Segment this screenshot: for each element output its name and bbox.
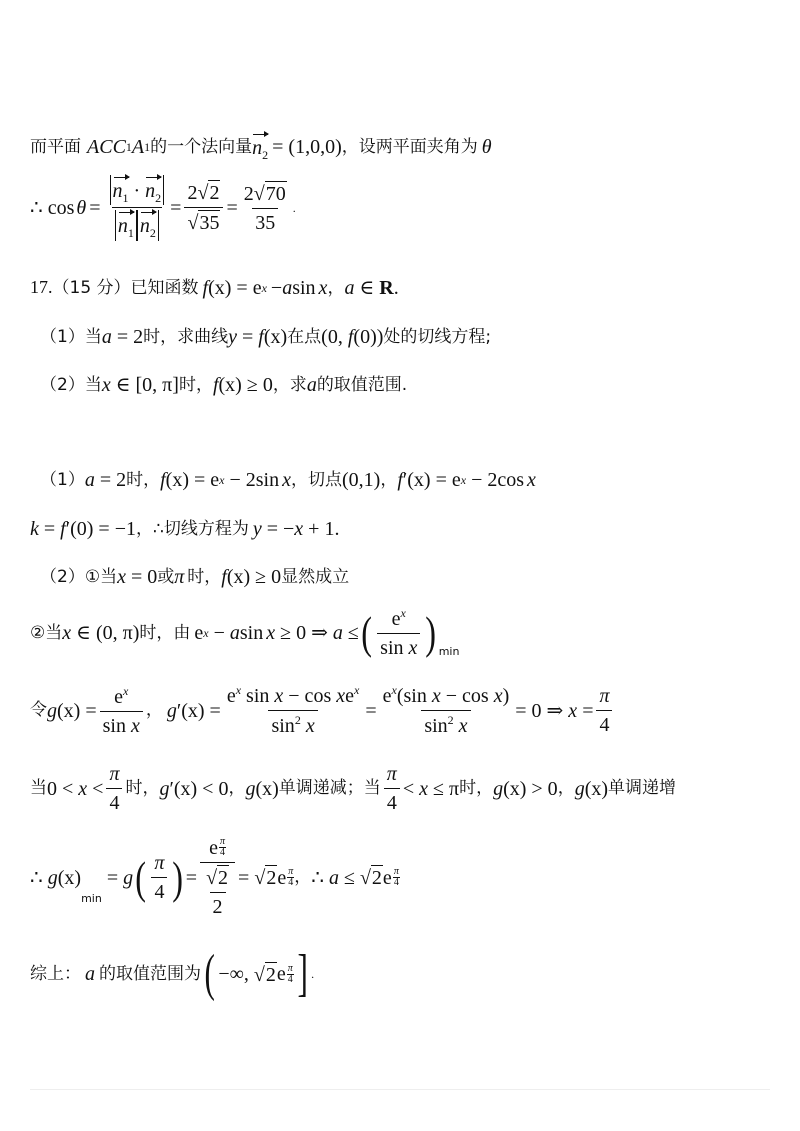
- math-expr: (0,1): [342, 468, 380, 492]
- math-expr: 35: [198, 210, 220, 235]
- question-17-part-1: （1） 当 a = 2 时，求曲线 y = f (x) 在点 (0, f (0)…: [40, 325, 491, 349]
- math-var: a: [333, 621, 343, 645]
- text: 时，: [187, 567, 221, 587]
- fraction-g: ex sin x: [100, 684, 143, 738]
- math-var: g: [47, 699, 57, 723]
- right-bracket: ]: [297, 948, 307, 1000]
- math-expr: e: [209, 837, 218, 859]
- math-var: k: [30, 517, 39, 541]
- math-expr: = −: [262, 517, 295, 541]
- math-expr: 2: [210, 892, 226, 919]
- question-17-part-2: （2） 当 x ∈ [0, π] 时， f (x) ≥ 0 ，求 a 的取值范围…: [40, 373, 407, 397]
- text: ，: [558, 778, 575, 798]
- text: 显然成立: [281, 567, 349, 587]
- math-expr: ∈: [354, 276, 379, 300]
- right-paren: ): [173, 855, 184, 901]
- subscript: 2: [262, 148, 268, 162]
- math-var: x: [102, 373, 111, 397]
- math-expr: 4: [596, 710, 612, 737]
- solution-conclusion: 综上： a 的取值范围为 ( −∞, √2 eπ4 ] .: [30, 948, 314, 1000]
- math-expr: 4: [287, 877, 294, 888]
- math-expr: 2: [265, 962, 277, 987]
- math-expr: =: [89, 196, 100, 220]
- subscript-min: min: [81, 892, 102, 905]
- math-expr: ∴: [30, 866, 48, 890]
- math-expr: e: [392, 608, 401, 630]
- text: 时，由: [139, 623, 190, 643]
- fraction-pi-4: π 4: [384, 762, 400, 815]
- math-var: π: [151, 851, 167, 877]
- text: ，: [146, 700, 163, 720]
- math-var: π: [384, 762, 400, 788]
- math-var: x: [527, 468, 536, 492]
- math-var: g: [245, 777, 255, 801]
- math-expr: 4: [384, 788, 400, 815]
- math-var: π: [106, 762, 122, 788]
- math-expr: (sin: [397, 685, 432, 707]
- superscript: x: [354, 683, 359, 697]
- text: ∴切线方程为: [153, 519, 249, 539]
- math-expr: =: [186, 866, 197, 890]
- text: 当: [30, 778, 47, 798]
- math-expr: e: [345, 685, 354, 707]
- superscript: 2: [295, 713, 301, 727]
- math-var: x: [306, 715, 315, 737]
- math-expr: e: [114, 686, 123, 708]
- math-expr: − cos: [441, 685, 494, 707]
- math-expr: −∞,: [218, 962, 254, 986]
- math-var: n: [118, 215, 128, 237]
- math-expr: e: [277, 962, 286, 986]
- text: 单调递增: [608, 778, 676, 798]
- math-expr: −: [271, 276, 282, 300]
- solution-part-2-case-2: ②当 x ∈ (0, π) 时，由 ex − a sin x ≥ 0 ⇒ a ≤…: [30, 606, 459, 660]
- math-expr: <: [87, 777, 103, 801]
- math-var: x: [459, 715, 468, 737]
- math-var: x: [294, 517, 303, 541]
- question-17-stem: 17. （15 分） 已知函数 f (x) = ex − a sin x ， a…: [30, 276, 399, 300]
- text: 时，: [459, 778, 493, 798]
- text: ，: [342, 137, 359, 157]
- math-expr: ′(0) = −1: [66, 517, 136, 541]
- math-var: x: [494, 685, 503, 707]
- math-expr: ≤ π: [428, 777, 459, 801]
- text: ，求: [273, 375, 307, 395]
- math-expr: 4: [287, 974, 294, 985]
- vector-n2: n2: [252, 132, 268, 162]
- math-expr: e: [277, 866, 286, 890]
- fraction-pi-4: π 4: [106, 762, 122, 815]
- subscript: 1: [123, 191, 129, 205]
- math-expr: =: [170, 196, 181, 220]
- normal-vector-line: 而平面 A C C1 A1 的一个法向量 n2 = (1,0,0) ， 设两平面…: [30, 132, 492, 162]
- text: 单调递减；当: [279, 778, 381, 798]
- math-expr: 2: [208, 180, 220, 205]
- math-var: π: [287, 964, 294, 974]
- subscript: 2: [155, 191, 161, 205]
- math-expr: 2: [217, 865, 229, 890]
- math-expr: .: [311, 967, 314, 981]
- text: 的取值范围.: [317, 375, 407, 395]
- part-label: （1）: [40, 327, 85, 347]
- math-var: g: [493, 777, 503, 801]
- fraction-pi-4: π 4: [151, 851, 167, 904]
- left-paren: (: [135, 855, 146, 901]
- math-var: y: [253, 517, 262, 541]
- fraction-2sqrt2-sqrt35: 2√2 √35: [184, 180, 223, 235]
- text: 时，: [126, 470, 160, 490]
- solution-g-min: ∴ g (x) min = g ( π 4 ) = eπ4 √22 = √2 e…: [30, 836, 400, 919]
- fraction-cos: n1 · n2 n1n2: [107, 175, 168, 241]
- math-expr: − 2sin: [224, 468, 279, 492]
- math-expr: e: [227, 685, 236, 707]
- question-number: 17.: [30, 277, 53, 299]
- math-expr: (x) ≥ 0: [219, 373, 273, 397]
- math-expr: ∈ [0, π]: [111, 373, 179, 397]
- math-var: x: [78, 777, 87, 801]
- math-var: x: [336, 685, 345, 707]
- math-expr: (x): [585, 777, 608, 801]
- text: ，: [228, 778, 245, 798]
- math-expr: = 0 ⇒: [515, 699, 568, 723]
- superscript: x: [123, 684, 128, 698]
- math-expr: (x) = e: [208, 276, 261, 300]
- math-expr: ≤: [339, 866, 360, 890]
- part-label: （2）: [40, 567, 85, 587]
- math-expr: ∴: [311, 866, 329, 890]
- text: ①当: [85, 567, 117, 587]
- math-var: a: [230, 621, 240, 645]
- math-var: x: [568, 699, 577, 723]
- text: ，: [327, 278, 344, 298]
- left-paren: (: [204, 948, 214, 1000]
- math-expr: sin: [241, 685, 274, 707]
- math-var: a: [307, 373, 317, 397]
- fraction-e-pi4-over-sqrt2-2: eπ4 √22: [200, 836, 235, 919]
- math-expr: 2: [371, 865, 383, 890]
- math-expr: (0,: [321, 325, 348, 349]
- math-expr: <: [403, 777, 419, 801]
- math-expr: 2: [244, 183, 254, 205]
- text: ②当: [30, 623, 62, 643]
- left-paren: (: [361, 610, 372, 656]
- math-expr: e: [383, 685, 392, 707]
- math-var: π: [393, 867, 400, 877]
- math-expr: =: [238, 866, 254, 890]
- math-var: g: [167, 699, 177, 723]
- math-var: g: [159, 777, 169, 801]
- text: 时，: [125, 778, 159, 798]
- math-var: g: [123, 866, 133, 890]
- math-expr: ≤: [343, 621, 359, 645]
- math-expr: e: [383, 866, 392, 890]
- text: 处的切线方程;: [383, 327, 491, 347]
- solution-monotonicity: 当 0 < x < π 4 时， g ′(x) < 0 ， g (x) 单调递减…: [30, 762, 676, 815]
- math-var: π: [596, 684, 612, 710]
- math-expr: sin: [240, 621, 263, 645]
- math-expr: ∴ cos: [30, 196, 74, 220]
- math-expr: = 2: [112, 325, 143, 349]
- math-expr: .: [394, 276, 399, 300]
- text: ，: [294, 867, 311, 887]
- math-expr: sin: [424, 715, 447, 737]
- math-expr: (x): [255, 777, 278, 801]
- math-expr: 2: [265, 865, 277, 890]
- subscript: 2: [150, 226, 156, 240]
- solution-part-1-line-2: k = f ′(0) = −1 ， ∴切线方程为 y = − x + 1.: [30, 517, 339, 541]
- question-points: （15 分）: [53, 278, 131, 298]
- math-var: x: [419, 777, 428, 801]
- math-expr: ∈ (0, π): [71, 621, 139, 645]
- math-expr: (x) = e: [166, 468, 219, 492]
- math-expr: ′(x) < 0: [169, 777, 228, 801]
- fraction-pi-4: π 4: [596, 684, 612, 737]
- math-var: a: [102, 325, 112, 349]
- fraction-2sqrt70-35: 2√70 35: [241, 181, 290, 235]
- math-expr: 4: [106, 788, 122, 815]
- math-var: R: [379, 276, 393, 300]
- math-var: x: [131, 715, 140, 737]
- text: ，切点: [291, 470, 342, 490]
- math-var: g: [48, 866, 58, 890]
- solution-define-g: 令 g (x) = ex sin x ， g ′(x) = ex sin x −…: [30, 683, 616, 738]
- math-var: a: [329, 866, 339, 890]
- math-var: x: [282, 468, 291, 492]
- math-var: a: [85, 468, 95, 492]
- math-expr: ·: [134, 180, 141, 202]
- superscript: 2: [448, 713, 454, 727]
- math-expr: sin: [292, 276, 315, 300]
- footer-divider: [30, 1089, 770, 1090]
- text: 时，: [179, 375, 213, 395]
- math-var: π: [287, 867, 294, 877]
- math-expr: − 2cos: [466, 468, 524, 492]
- math-expr: =: [102, 866, 123, 890]
- fraction-g-prime-2: ex(sin x − cos x) sin2 x: [380, 683, 513, 738]
- math-var: A: [87, 135, 99, 159]
- math-var: a: [85, 962, 95, 986]
- math-expr: =: [226, 196, 237, 220]
- text: 时，求曲线: [143, 327, 228, 347]
- math-expr: sin: [271, 715, 294, 737]
- subscript-min: min: [439, 645, 460, 658]
- math-expr: ): [503, 685, 510, 707]
- math-expr: =: [365, 699, 376, 723]
- math-expr: − cos: [283, 685, 336, 707]
- math-var: n: [113, 180, 123, 202]
- math-expr: 2: [187, 182, 197, 204]
- text: 而平面: [30, 137, 81, 157]
- part-label: （2）: [40, 375, 85, 395]
- math-expr: = 0: [126, 565, 157, 589]
- math-expr: −: [209, 621, 230, 645]
- math-expr: = 2: [95, 468, 126, 492]
- math-var: π: [174, 565, 184, 589]
- fraction-ex-sinx: ex sin x: [377, 606, 420, 660]
- math-expr: =: [577, 699, 593, 723]
- text: 已知函数: [131, 278, 199, 298]
- math-expr: 4: [219, 847, 226, 858]
- text: 在点: [287, 327, 321, 347]
- text: 或: [157, 567, 174, 587]
- math-expr: e: [194, 621, 203, 645]
- math-var: x: [319, 276, 328, 300]
- math-expr: sin: [103, 715, 126, 737]
- math-var: π: [219, 837, 226, 847]
- solution-part-2-case-1: （2） ①当 x = 0 或 π 时， f (x) ≥ 0 显然成立: [40, 565, 349, 589]
- math-expr: sin: [380, 637, 403, 659]
- math-var: n: [145, 180, 155, 202]
- text: 设两平面夹角为: [359, 137, 478, 157]
- math-expr: (0)): [353, 325, 383, 349]
- right-paren: ): [426, 610, 437, 656]
- text: 令: [30, 700, 47, 720]
- math-var: θ: [76, 196, 86, 220]
- text: ，: [380, 470, 397, 490]
- math-var: a: [344, 276, 354, 300]
- math-var: A: [132, 135, 144, 159]
- math-var: C: [113, 135, 126, 159]
- math-expr: + 1.: [303, 517, 339, 541]
- math-expr: 4: [151, 877, 167, 904]
- math-expr: ′(x) = e: [403, 468, 461, 492]
- superscript: x: [262, 281, 267, 295]
- math-expr: 0 <: [47, 777, 78, 801]
- math-expr: 35: [252, 208, 278, 235]
- math-expr: ≥ 0 ⇒: [275, 621, 333, 645]
- superscript: x: [401, 606, 406, 620]
- math-var: y: [228, 325, 237, 349]
- text: 的一个法向量: [150, 137, 252, 157]
- math-var: θ: [482, 135, 492, 159]
- math-expr: (x): [58, 866, 81, 890]
- math-expr: 4: [393, 877, 400, 888]
- solution-part-1-line-1: （1） a = 2 时， f (x) = ex − 2sin x ，切点 (0,…: [40, 468, 536, 492]
- math-expr: =: [237, 325, 258, 349]
- math-expr: (x): [264, 325, 287, 349]
- text: 当: [85, 327, 102, 347]
- math-expr: (x) =: [57, 699, 97, 723]
- math-var: g: [575, 777, 585, 801]
- math-var: x: [117, 565, 126, 589]
- math-var: a: [282, 276, 292, 300]
- math-var: x: [432, 685, 441, 707]
- math-var: x: [274, 685, 283, 707]
- math-var: x: [409, 637, 418, 659]
- math-var: n: [252, 137, 262, 159]
- math-expr: (x) > 0: [503, 777, 558, 801]
- cos-theta-line: ∴ cos θ = n1 · n2 n1n2 = 2√2 √35 = 2√70 …: [30, 175, 296, 241]
- part-label: （1）: [40, 470, 85, 490]
- text: ，: [136, 519, 153, 539]
- math-var: C: [99, 135, 112, 159]
- text: 当: [85, 375, 102, 395]
- text: 的取值范围为: [99, 964, 201, 984]
- math-expr: (x) ≥ 0: [227, 565, 281, 589]
- math-expr: =: [39, 517, 60, 541]
- text: 综上：: [30, 964, 81, 984]
- math-expr: .: [293, 201, 296, 215]
- math-expr: 70: [265, 181, 287, 206]
- subscript: 1: [128, 226, 134, 240]
- math-var: x: [62, 621, 71, 645]
- math-expr: = (1,0,0): [272, 135, 342, 159]
- document-page: 而平面 A C C1 A1 的一个法向量 n2 = (1,0,0) ， 设两平面…: [0, 0, 800, 1131]
- math-var: n: [140, 215, 150, 237]
- fraction-g-prime-1: ex sin x − cos xex sin2 x: [224, 683, 363, 738]
- math-expr: ′(x) =: [177, 699, 221, 723]
- math-var: x: [266, 621, 275, 645]
